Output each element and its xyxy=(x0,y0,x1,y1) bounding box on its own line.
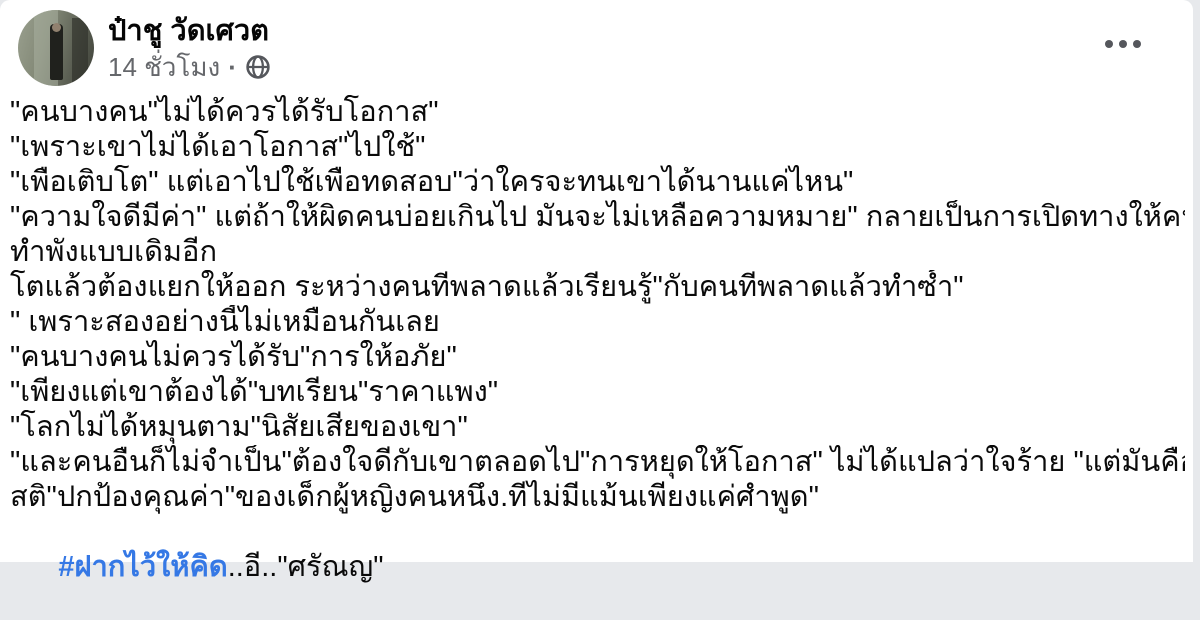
ellipsis-icon xyxy=(1133,40,1141,48)
post-text-line: "คนบางคนไม่ควรได้รับ"การให้อภัย" xyxy=(10,340,1185,375)
post-meta: 14 ชั่วโมง · xyxy=(108,51,271,83)
header-text: ป๋าชู วัดเศวต 14 ชั่วโมง · xyxy=(108,10,271,83)
post-text-line: ทำพังแบบเดิมอีก xyxy=(10,235,1185,270)
post-text-line: " เพราะสองอย่างนี้ไม่เหมือนกันเลย xyxy=(10,305,1185,340)
post-text-line: "โลกไม่ได้หมุนตาม"นิสัยเสียของเขา" xyxy=(10,410,1185,445)
avatar-photo-background-dark xyxy=(72,18,88,86)
post-menu-button[interactable] xyxy=(1097,32,1149,56)
ellipsis-icon xyxy=(1119,40,1127,48)
hashtag-link[interactable]: #ฝากไว้ให้คิด xyxy=(58,551,227,562)
facebook-post-card: ป๋าชู วัดเศวต 14 ชั่วโมง · "คนบางคน"ไม่ไ… xyxy=(0,0,1193,562)
post-text-line: "ความใจดีมีค่า" แต่ถ้าให้ผิดคนบ่อยเกินไป… xyxy=(10,200,1185,235)
post-text-line-hashtag: #ฝากไว้ให้คิด..อี.."ศรัณญ" xyxy=(10,515,1185,562)
post-text-line: โตแล้วต้องแยกให้ออก ระหว่างคนที่พลาดแล้ว… xyxy=(10,270,1185,305)
avatar-person-silhouette xyxy=(50,24,63,80)
meta-separator: · xyxy=(228,51,237,83)
hashtag-suffix-text: ..อี.."ศรัณญ" xyxy=(228,551,384,562)
post-text: "คนบางคน"ไม่ได้ควรได้รับโอกาส" "เพราะเขา… xyxy=(0,90,1193,562)
post-text-line: สติ"ปกป้องคุณค่า"ของเด็กผู้หญิงคนหนึ่ง.ท… xyxy=(10,480,1185,515)
post-text-line: "เพราะเขาไม่ได้เอาโอกาส"ไปใช้" xyxy=(10,130,1185,165)
post-text-line: "เพียงแต่เขาต้องได้"บทเรียน"ราคาแพง" xyxy=(10,375,1185,410)
post-text-line: "เพื่อเติบโต" แต่เอาไปใช้เพื่อทดสอบ"ว่าใ… xyxy=(10,165,1185,200)
ellipsis-icon xyxy=(1105,40,1113,48)
author-name[interactable]: ป๋าชู วัดเศวต xyxy=(108,14,271,48)
post-header: ป๋าชู วัดเศวต 14 ชั่วโมง · xyxy=(0,0,1193,90)
avatar[interactable] xyxy=(18,10,94,86)
post-text-line: "และคนอื่นก็ไม่จำเป็น"ต้องใจดีกับเขาตลอด… xyxy=(10,445,1185,480)
post-text-line: "คนบางคน"ไม่ได้ควรได้รับโอกาส" xyxy=(10,95,1185,130)
globe-icon xyxy=(245,54,271,80)
timestamp[interactable]: 14 ชั่วโมง xyxy=(108,51,220,83)
